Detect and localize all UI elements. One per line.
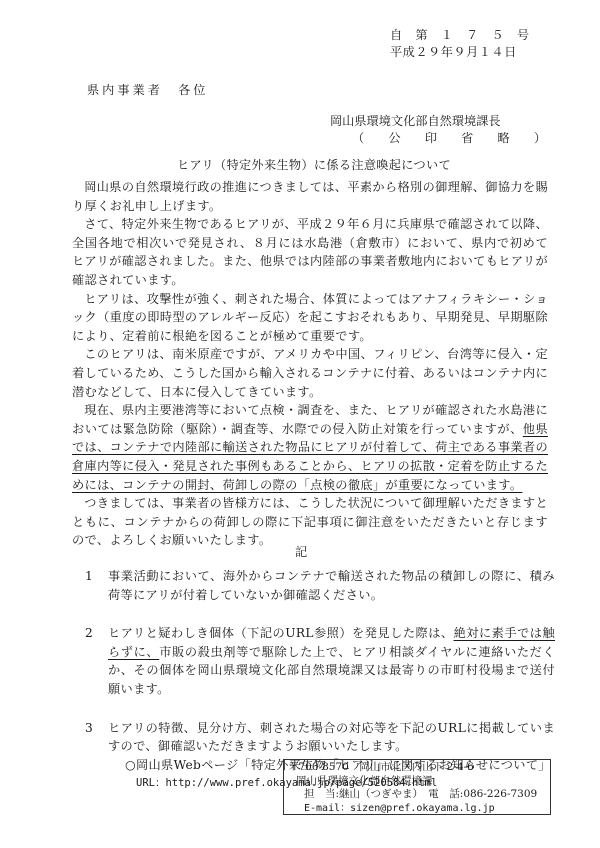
contact-email[interactable]: E-mail：sizen@pref.okayama.lg.jp: [288, 802, 550, 816]
contact-department: 岡山県環境文化部自然環境課: [288, 775, 550, 789]
document-number-block: 自 第 １ ７ ５ 号 平成２９年９月１４日: [390, 27, 530, 61]
contact-address: 〒700-8570 岡山市北区内山下 2-4-6: [288, 761, 550, 775]
sender-block: 岡山県環境文化部自然環境課長 （ 公 印 省 略 ）: [330, 113, 552, 147]
item-text: 事業活動において、海外からコンテナで輸送された物品の積卸しの際に、積み荷等にアリ…: [108, 569, 555, 602]
item-text: 市販の殺虫剤等で駆除した上で、ヒアリ相談ダイヤルに連絡いただくか、その個体を岡山…: [108, 645, 555, 696]
paragraph-origin: このヒアリは、南米原産ですが、アメリカや中国、フィリピン、台湾等に侵入・定着して…: [72, 345, 548, 401]
document-number: 自 第 １ ７ ５ 号: [390, 27, 530, 44]
item-text: ヒアリと疑わしき個体（下記のURL参照）を発見した際は、: [108, 626, 454, 640]
document-body: 岡山県の自然環境行政の推進につきましては、平素から格別の御理解、御協力を賜り厚く…: [72, 178, 548, 550]
paragraph-danger: ヒアリは、攻撃性が強く、刺された場合、体質によってはアナフィラキシー・ショック（…: [72, 290, 548, 346]
paragraph-request: つきましては、事業者の皆様方には、こうした状況について御理解いただきますとともに…: [72, 494, 548, 550]
list-item: 1 事業活動において、海外からコンテナで輸送された物品の積卸しの際に、積み荷等に…: [85, 567, 555, 604]
contact-box: 〒700-8570 岡山市北区内山下 2-4-6 岡山県環境文化部自然環境課 担…: [283, 759, 551, 815]
ki-heading: 記: [295, 543, 307, 560]
seal-omitted-note: （ 公 印 省 略 ）: [330, 130, 552, 147]
measures-text: 現在、県内主要港湾等において点検・調査を、また、ヒアリが確認された水島港において…: [72, 403, 548, 436]
list-item: 2 ヒアリと疑わしき個体（下記のURL参照）を発見した際は、絶対に素手では触らず…: [85, 624, 555, 698]
item-number: 1: [85, 567, 93, 586]
sender-title: 岡山県環境文化部自然環境課長: [330, 113, 552, 130]
paragraph-background: さて、特定外来生物であるヒアリが、平成２９年６月に兵庫県で確認されて以降、全国各…: [72, 215, 548, 289]
paragraph-greeting: 岡山県の自然環境行政の推進につきましては、平素から格別の御理解、御協力を賜り厚く…: [72, 178, 548, 215]
item-text: ヒアリの特徴、見分け方、刺された場合の対応等を下記のURLに掲載していますので、…: [108, 721, 555, 754]
document-date: 平成２９年９月１４日: [390, 44, 530, 61]
item-number: 2: [85, 624, 93, 643]
paragraph-current-measures: 現在、県内主要港湾等において点検・調査を、また、ヒアリが確認された水島港において…: [72, 401, 548, 494]
document-title: ヒアリ（特定外来生物）に係る注意喚起について: [177, 156, 451, 173]
contact-person-phone: 担 当:継山（つぎやま） 電 話:086-226-7309: [288, 788, 550, 802]
addressee: 県内事業者 各位: [87, 81, 209, 98]
item-number: 3: [85, 719, 93, 738]
